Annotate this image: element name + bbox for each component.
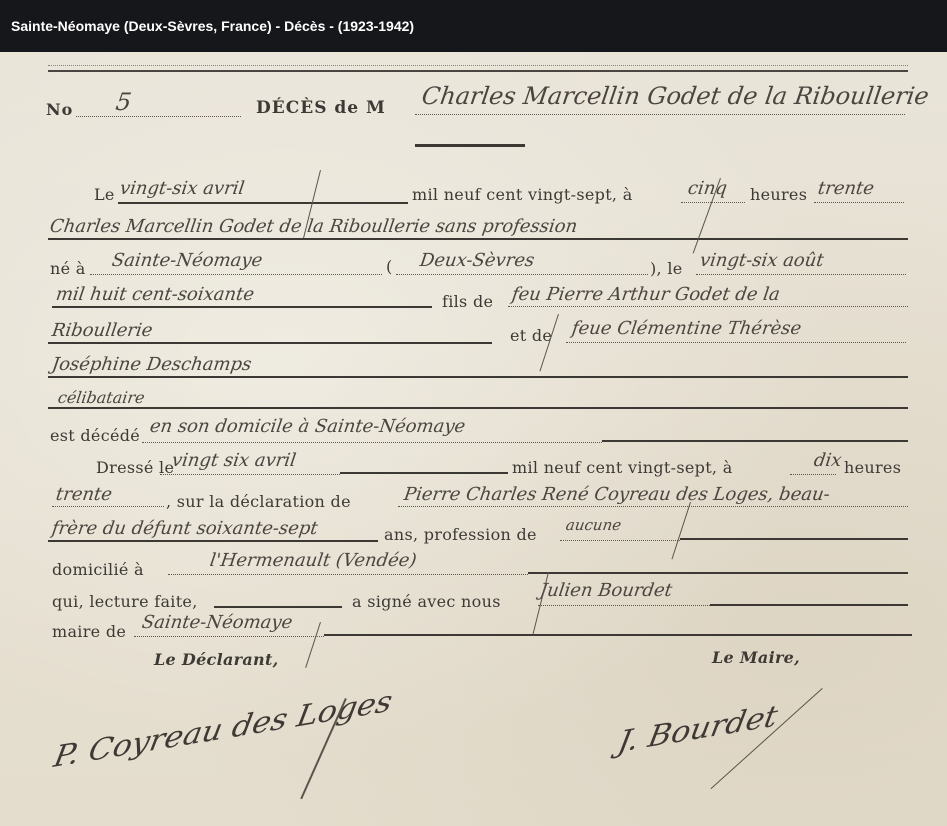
underline: [560, 540, 680, 541]
mother-name-cont: Joséphine Deschamps: [51, 354, 253, 375]
birth-place: Sainte-Néomaye: [111, 250, 264, 271]
underline: [48, 342, 492, 344]
maire-signature-label: Le Maire,: [712, 648, 800, 667]
death-hour: cinq: [687, 178, 729, 199]
underline: [566, 342, 906, 343]
underline: [602, 440, 908, 442]
birth-department: Deux-Sèvres: [419, 250, 536, 271]
domicile-label: domicilié à: [52, 560, 144, 579]
underline: [48, 540, 378, 542]
paren-open: (: [386, 257, 393, 276]
heures-label: heures: [750, 185, 807, 204]
dresse-year-text: mil neuf cent vingt-sept, à: [512, 458, 733, 477]
dresse-date: vingt six avril: [171, 450, 298, 471]
et-de-label: et de: [510, 326, 552, 345]
signe-label: a signé avec nous: [352, 592, 501, 611]
decede-label: est décédé: [50, 426, 140, 445]
lecture-label: qui, lecture faite,: [52, 592, 198, 611]
underline: [134, 636, 324, 637]
underline: [214, 606, 342, 608]
marital-status: célibataire: [57, 388, 146, 407]
underline: [48, 376, 908, 378]
dresse-heures-label: heures: [844, 458, 901, 477]
name-and-profession: Charles Marcellin Godet de la Riboulleri…: [49, 216, 579, 237]
deces-label: DÉCÈS de M: [256, 98, 386, 118]
declarant-domicile: l'Hermenault (Vendée): [209, 550, 418, 571]
underline: [681, 202, 745, 203]
father-name-cont: Riboullerie: [51, 320, 154, 341]
declarant-profession: aucune: [565, 516, 623, 534]
maire-commune: Sainte-Néomaye: [141, 612, 294, 633]
mother-name: feue Clémentine Thérèse: [571, 318, 803, 339]
maire-de-label: maire de: [52, 622, 126, 641]
death-record-document: No 5 DÉCÈS de M Charles Marcellin Godet …: [0, 52, 947, 826]
underline: [52, 506, 164, 507]
dresse-hour: dix: [813, 450, 843, 471]
underline: [710, 604, 908, 606]
top-dotted-rule: [48, 65, 908, 66]
birth-day: vingt-six août: [699, 250, 826, 271]
underline: [48, 238, 908, 240]
maire-signature: J. Bourdet: [615, 699, 780, 760]
underline: [680, 538, 908, 540]
pen-stroke: [305, 622, 321, 668]
death-date: vingt-six avril: [119, 178, 246, 199]
underline: [118, 202, 408, 204]
declarant-relation-age: frère du défunt soixante-sept: [51, 518, 320, 539]
declarant-signature: P. Coyreau des Loges: [51, 684, 395, 774]
fils-de-label: fils de: [442, 292, 493, 311]
underline: [168, 574, 528, 575]
father-name: feu Pierre Arthur Godet de la: [511, 284, 782, 305]
underline: [538, 605, 710, 606]
year-text: mil neuf cent vingt-sept, à: [412, 185, 633, 204]
underline: [160, 474, 340, 475]
declarant-signature-label: Le Déclarant,: [154, 650, 279, 669]
ans-profession-label: ans, profession de: [384, 525, 537, 544]
number-underline: [76, 116, 241, 117]
window-title: Sainte-Néomaye (Deux-Sèvres, France) - D…: [11, 18, 414, 34]
underline: [508, 306, 908, 307]
underline: [528, 572, 908, 574]
death-minutes: trente: [817, 178, 876, 199]
le-label: Le: [94, 185, 115, 204]
underline: [90, 274, 382, 275]
top-rule: [48, 70, 908, 72]
paren-close-le: ), le: [650, 259, 683, 278]
header-separator: [415, 144, 525, 147]
declarant-name: Pierre Charles René Coyreau des Loges, b…: [403, 484, 832, 505]
underline: [396, 274, 648, 275]
underline: [790, 474, 836, 475]
underline: [340, 472, 508, 474]
birth-year: mil huit cent-soixante: [55, 284, 256, 305]
underline: [696, 274, 906, 275]
record-number: 5: [114, 88, 133, 116]
born-label: né à: [50, 259, 86, 278]
pen-stroke: [671, 502, 690, 559]
number-label: No: [46, 100, 73, 119]
underline: [398, 506, 908, 507]
underline: [52, 306, 432, 308]
deceased-name-header: Charles Marcellin Godet de la Riboulleri…: [420, 82, 931, 110]
underline: [142, 442, 602, 443]
underline: [324, 634, 912, 636]
dresse-minutes: trente: [55, 484, 114, 505]
maire-name: Julien Bourdet: [539, 580, 674, 601]
death-place: en son domicile à Sainte-Néomaye: [149, 416, 467, 437]
underline: [814, 202, 904, 203]
name-underline: [415, 114, 905, 115]
declaration-label: , sur la déclaration de: [166, 492, 351, 511]
underline: [48, 407, 908, 409]
window-title-bar: Sainte-Néomaye (Deux-Sèvres, France) - D…: [0, 0, 947, 52]
